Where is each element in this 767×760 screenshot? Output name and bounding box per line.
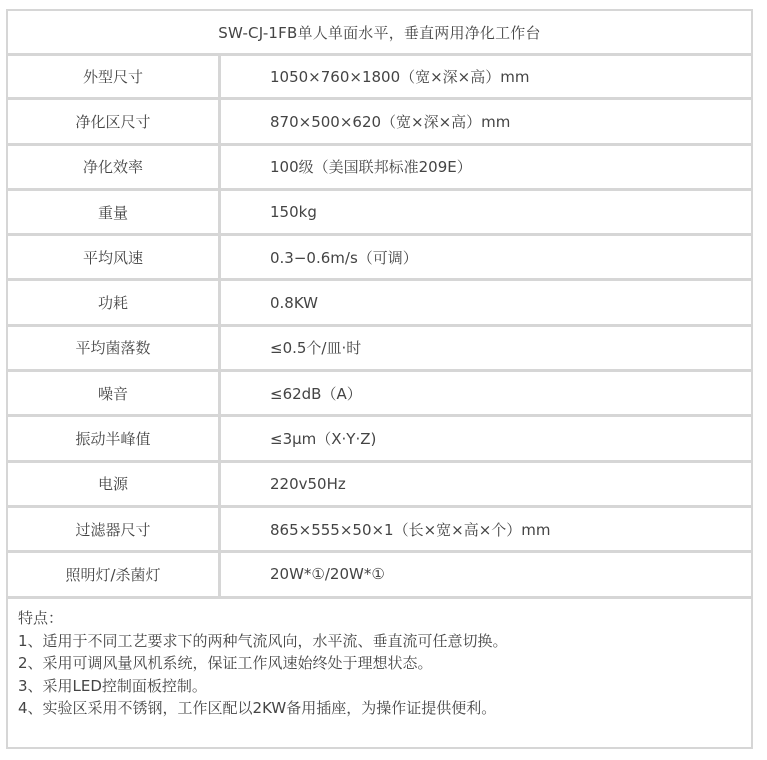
spec-value: ≤3μm（X·Y·Z) (221, 417, 751, 459)
spec-label: 外型尺寸 (8, 55, 221, 97)
spec-value: 220v50Hz (221, 463, 751, 505)
spec-label: 净化区尺寸 (8, 100, 221, 142)
spec-row-clean-area: 净化区尺寸 870×500×620（宽×深×高）mm (8, 100, 751, 145)
spec-row-lamps: 照明灯/杀菌灯 20W*①/20W*① (8, 553, 751, 598)
spec-row-filter-size: 过滤器尺寸 865×555×50×1（长×宽×高×个）mm (8, 508, 751, 553)
spec-value: 1050×760×1800（宽×深×高）mm (221, 55, 751, 97)
spec-value: 100级（美国联邦标准209E） (221, 146, 751, 188)
spec-label: 电源 (8, 463, 221, 505)
spec-row-noise: 噪音 ≤62dB（A） (8, 372, 751, 417)
spec-value: ≤0.5个/皿·时 (221, 327, 751, 369)
spec-label: 平均菌落数 (8, 327, 221, 369)
spec-value: 870×500×620（宽×深×高）mm (221, 100, 751, 142)
spec-value: 0.8KW (221, 281, 751, 323)
feature-item: 3、采用LED控制面板控制。 (18, 675, 508, 698)
spec-row-air-speed: 平均风速 0.3−0.6m/s（可调） (8, 236, 751, 281)
feature-item: 4、实验区采用不锈钢，工作区配以2KW备用插座，为操作证提供便利。 (18, 697, 508, 720)
spec-table: 外型尺寸 1050×760×1800（宽×深×高）mm 净化区尺寸 870×50… (8, 55, 751, 599)
features-section: 特点： 1、适用于不同工艺要求下的两种气流风向，水平流、垂直流可任意切换。 2、… (18, 607, 508, 720)
spec-label: 平均风速 (8, 236, 221, 278)
spec-value: 150kg (221, 191, 751, 233)
spec-label: 振动半峰值 (8, 417, 221, 459)
spec-label: 过滤器尺寸 (8, 508, 221, 550)
spec-row-power: 功耗 0.8KW (8, 281, 751, 326)
spec-label: 重量 (8, 191, 221, 233)
spec-row-dimensions: 外型尺寸 1050×760×1800（宽×深×高）mm (8, 55, 751, 100)
spec-row-power-supply: 电源 220v50Hz (8, 463, 751, 508)
spec-label: 照明灯/杀菌灯 (8, 553, 221, 595)
spec-value: 865×555×50×1（长×宽×高×个）mm (221, 508, 751, 550)
spec-label: 噪音 (8, 372, 221, 414)
spec-row-weight: 重量 150kg (8, 191, 751, 236)
feature-item: 1、适用于不同工艺要求下的两种气流风向，水平流、垂直流可任意切换。 (18, 630, 508, 653)
product-title: SW-CJ-1FB单人单面水平，垂直两用净化工作台 (8, 11, 751, 56)
spec-value: ≤62dB（A） (221, 372, 751, 414)
spec-row-colony-count: 平均菌落数 ≤0.5个/皿·时 (8, 327, 751, 372)
spec-label: 净化效率 (8, 146, 221, 188)
spec-value: 20W*①/20W*① (221, 553, 751, 595)
spec-row-efficiency: 净化效率 100级（美国联邦标准209E） (8, 146, 751, 191)
features-heading: 特点： (18, 607, 508, 630)
spec-row-vibration: 振动半峰值 ≤3μm（X·Y·Z) (8, 417, 751, 462)
spec-label: 功耗 (8, 281, 221, 323)
spec-value: 0.3−0.6m/s（可调） (221, 236, 751, 278)
feature-item: 2、采用可调风量风机系统，保证工作风速始终处于理想状态。 (18, 652, 508, 675)
